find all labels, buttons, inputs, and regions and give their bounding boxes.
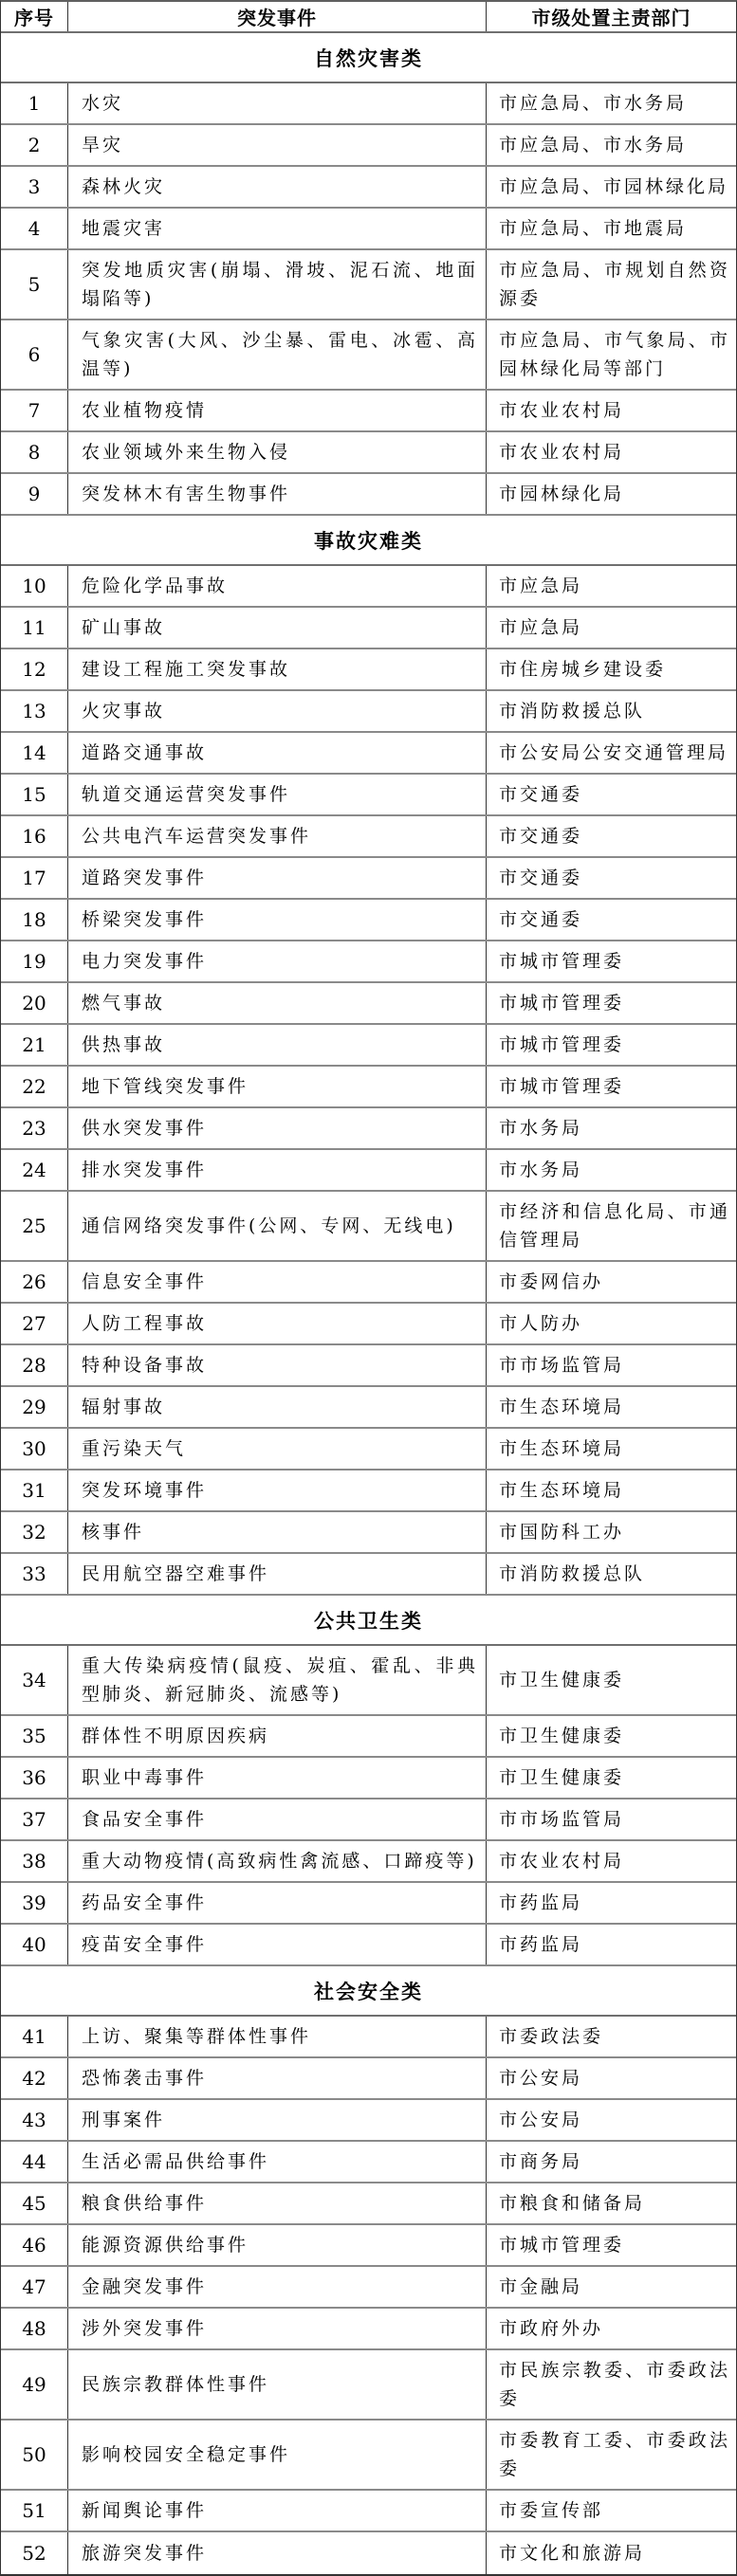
department-text: 市委政法委: [499, 2022, 730, 2051]
department-text: 市应急局: [499, 613, 730, 642]
department-cell: 市园林绿化局: [487, 474, 736, 514]
table-row: 28特种设备事故市市场监管局: [1, 1345, 736, 1387]
department-text: 市生态环境局: [499, 1434, 730, 1463]
row-number-cell: 50: [1, 2421, 68, 2489]
table-row: 16公共电汽车运营突发事件市交通委: [1, 816, 736, 858]
event-cell: 危险化学品事故: [68, 566, 487, 606]
department-cell: 市城市管理委: [487, 941, 736, 981]
department-cell: 市水务局: [487, 1108, 736, 1148]
department-cell: 市城市管理委: [487, 2225, 736, 2265]
department-cell: 市政府外办: [487, 2309, 736, 2348]
department-text: 市农业农村局: [499, 438, 730, 466]
department-text: 市公安局: [499, 2106, 730, 2134]
event-cell: 群体性不明原因疾病: [68, 1716, 487, 1756]
event-text: 重污染天气: [82, 1434, 478, 1463]
department-cell: 市农业农村局: [487, 1841, 736, 1881]
row-number-cell: 19: [1, 941, 68, 981]
department-cell: 市交通委: [487, 816, 736, 856]
event-cell: 道路交通事故: [68, 733, 487, 773]
table-row: 33民用航空器空难事件市消防救援总队: [1, 1554, 736, 1596]
table-row: 50影响校园安全稳定事件市委教育工委、市委政法委: [1, 2421, 736, 2491]
department-cell: 市消防救援总队: [487, 691, 736, 731]
table-row: 4地震灾害市应急局、市地震局: [1, 209, 736, 250]
row-number-cell: 39: [1, 1883, 68, 1923]
event-text: 突发林木有害生物事件: [82, 480, 478, 508]
event-cell: 供水突发事件: [68, 1108, 487, 1148]
event-cell: 森林火灾: [68, 167, 487, 207]
row-number-cell: 12: [1, 649, 68, 689]
department-text: 市消防救援总队: [499, 1560, 730, 1588]
department-text: 市国防科工办: [499, 1518, 730, 1546]
row-number-cell: 49: [1, 2350, 68, 2419]
table-row: 40疫苗安全事件市药监局: [1, 1925, 736, 1966]
event-cell: 刑事案件: [68, 2100, 487, 2140]
department-text: 市城市管理委: [499, 1072, 730, 1101]
row-number-cell: 22: [1, 1067, 68, 1106]
department-cell: 市市场监管局: [487, 1800, 736, 1839]
table-row: 39药品安全事件市药监局: [1, 1883, 736, 1925]
event-cell: 人防工程事故: [68, 1304, 487, 1343]
event-cell: 排水突发事件: [68, 1150, 487, 1190]
table-row: 49民族宗教群体性事件市民族宗教委、市委政法委: [1, 2350, 736, 2421]
row-number-cell: 25: [1, 1192, 68, 1260]
section-title: 事故灾难类: [314, 526, 423, 555]
department-cell: 市民族宗教委、市委政法委: [487, 2350, 736, 2419]
department-text: 市生态环境局: [499, 1476, 730, 1505]
department-text: 市委网信办: [499, 1268, 730, 1296]
event-text: 核事件: [82, 1518, 478, 1546]
department-text: 市委教育工委、市委政法委: [499, 2426, 730, 2483]
event-text: 旅游突发事件: [82, 2539, 478, 2567]
event-cell: 旱灾: [68, 125, 487, 165]
department-cell: 市公安局公安交通管理局: [487, 733, 736, 773]
row-number-cell: 4: [1, 209, 68, 248]
department-text: 市消防救援总队: [499, 697, 730, 725]
event-text: 粮食供给事件: [82, 2189, 478, 2218]
department-cell: 市公安局: [487, 2100, 736, 2140]
department-text: 市人防办: [499, 1309, 730, 1338]
department-cell: 市文化和旅游局: [487, 2532, 736, 2574]
department-cell: 市交通委: [487, 900, 736, 940]
table-row: 34重大传染病疫情(鼠疫、炭疽、霍乱、非典型肺炎、新冠肺炎、流感等)市卫生健康委: [1, 1646, 736, 1716]
table-row: 14道路交通事故市公安局公安交通管理局: [1, 733, 736, 775]
department-cell: 市城市管理委: [487, 1025, 736, 1065]
event-text: 能源资源供给事件: [82, 2231, 478, 2259]
department-text: 市交通委: [499, 905, 730, 934]
row-number-cell: 37: [1, 1800, 68, 1839]
department-cell: 市药监局: [487, 1883, 736, 1923]
event-text: 上访、聚集等群体性事件: [82, 2022, 478, 2051]
table-row: 36职业中毒事件市卫生健康委: [1, 1758, 736, 1800]
department-cell: 市城市管理委: [487, 1067, 736, 1106]
department-cell: 市人防办: [487, 1304, 736, 1343]
event-cell: 民用航空器空难事件: [68, 1554, 487, 1594]
table-row: 11矿山事故市应急局: [1, 608, 736, 649]
table-row: 6气象灾害(大风、沙尘暴、雷电、冰雹、高温等)市应急局、市气象局、市园林绿化局等…: [1, 320, 736, 391]
department-text: 市卫生健康委: [499, 1666, 730, 1694]
row-number-cell: 52: [1, 2532, 68, 2574]
row-number-cell: 31: [1, 1471, 68, 1510]
department-cell: 市农业农村局: [487, 432, 736, 472]
section-header-row: 自然灾害类: [1, 33, 736, 83]
table-row: 8农业领域外来生物入侵市农业农村局: [1, 432, 736, 474]
event-text: 道路交通事故: [82, 739, 478, 767]
department-text: 市粮食和储备局: [499, 2189, 730, 2218]
row-number-cell: 40: [1, 1925, 68, 1964]
department-cell: 市国防科工办: [487, 1512, 736, 1552]
table-row: 5突发地质灾害(崩塌、滑坡、泥石流、地面塌陷等)市应急局、市规划自然资源委: [1, 250, 736, 320]
department-text: 市卫生健康委: [499, 1763, 730, 1792]
section-title: 社会安全类: [314, 1977, 423, 2005]
row-number-cell: 6: [1, 320, 68, 389]
department-text: 市公安局公安交通管理局: [499, 739, 730, 767]
event-cell: 地下管线突发事件: [68, 1067, 487, 1106]
table-row: 38重大动物疫情(高致病性禽流感、口蹄疫等)市农业农村局: [1, 1841, 736, 1883]
table-row: 45粮食供给事件市粮食和储备局: [1, 2183, 736, 2225]
department-text: 市交通委: [499, 822, 730, 850]
row-number-cell: 24: [1, 1150, 68, 1190]
event-cell: 公共电汽车运营突发事件: [68, 816, 487, 856]
event-cell: 矿山事故: [68, 608, 487, 648]
table-row: 42恐怖袭击事件市公安局: [1, 2058, 736, 2100]
event-text: 人防工程事故: [82, 1309, 478, 1338]
department-cell: 市委教育工委、市委政法委: [487, 2421, 736, 2489]
event-cell: 突发环境事件: [68, 1471, 487, 1510]
event-text: 建设工程施工突发事故: [82, 655, 478, 684]
department-cell: 市应急局、市地震局: [487, 209, 736, 248]
department-text: 市卫生健康委: [499, 1722, 730, 1750]
event-text: 矿山事故: [82, 613, 478, 642]
department-cell: 市卫生健康委: [487, 1716, 736, 1756]
event-cell: 突发林木有害生物事件: [68, 474, 487, 514]
row-number-cell: 48: [1, 2309, 68, 2348]
event-text: 排水突发事件: [82, 1156, 478, 1184]
table-row: 47金融突发事件市金融局: [1, 2267, 736, 2309]
department-text: 市应急局、市水务局: [499, 89, 730, 118]
row-number-cell: 21: [1, 1025, 68, 1065]
row-number-cell: 38: [1, 1841, 68, 1881]
event-cell: 粮食供给事件: [68, 2183, 487, 2223]
event-text: 恐怖袭击事件: [82, 2064, 478, 2092]
table-row: 19电力突发事件市城市管理委: [1, 941, 736, 983]
event-cell: 气象灾害(大风、沙尘暴、雷电、冰雹、高温等): [68, 320, 487, 389]
department-cell: 市卫生健康委: [487, 1646, 736, 1714]
event-cell: 涉外突发事件: [68, 2309, 487, 2348]
event-text: 供热事故: [82, 1031, 478, 1059]
department-cell: 市交通委: [487, 858, 736, 898]
event-cell: 地震灾害: [68, 209, 487, 248]
row-number-cell: 46: [1, 2225, 68, 2265]
event-text: 农业领域外来生物入侵: [82, 438, 478, 466]
col-header-serial-number: 序号: [1, 2, 68, 31]
event-text: 民用航空器空难事件: [82, 1560, 478, 1588]
event-text: 旱灾: [82, 131, 478, 159]
department-text: 市农业农村局: [499, 1847, 730, 1875]
department-text: 市文化和旅游局: [499, 2539, 730, 2567]
department-cell: 市应急局: [487, 566, 736, 606]
department-text: 市公安局: [499, 2064, 730, 2092]
event-text: 道路突发事件: [82, 864, 478, 892]
department-text: 市市场监管局: [499, 1805, 730, 1834]
row-number-cell: 41: [1, 2017, 68, 2056]
department-text: 市城市管理委: [499, 947, 730, 976]
event-cell: 农业领域外来生物入侵: [68, 432, 487, 472]
event-text: 群体性不明原因疾病: [82, 1722, 478, 1750]
row-number-cell: 18: [1, 900, 68, 940]
department-cell: 市商务局: [487, 2142, 736, 2182]
event-text: 水灾: [82, 89, 478, 118]
department-text: 市政府外办: [499, 2314, 730, 2343]
table-row: 41上访、聚集等群体性事件市委政法委: [1, 2017, 736, 2058]
row-number-cell: 8: [1, 432, 68, 472]
section-header-row: 公共卫生类: [1, 1596, 736, 1646]
event-text: 影响校园安全稳定事件: [82, 2440, 478, 2469]
department-text: 市应急局: [499, 572, 730, 600]
event-text: 疫苗安全事件: [82, 1930, 478, 1959]
department-cell: 市城市管理委: [487, 983, 736, 1023]
event-cell: 职业中毒事件: [68, 1758, 487, 1798]
table-row: 17道路突发事件市交通委: [1, 858, 736, 900]
event-text: 涉外突发事件: [82, 2314, 478, 2343]
event-text: 桥梁突发事件: [82, 905, 478, 934]
table-row: 44生活必需品供给事件市商务局: [1, 2142, 736, 2183]
department-text: 市经济和信息化局、市通信管理局: [499, 1197, 730, 1254]
event-cell: 轨道交通运营突发事件: [68, 775, 487, 814]
department-cell: 市应急局、市气象局、市园林绿化局等部门: [487, 320, 736, 389]
event-cell: 信息安全事件: [68, 1262, 487, 1302]
event-cell: 能源资源供给事件: [68, 2225, 487, 2265]
event-cell: 桥梁突发事件: [68, 900, 487, 940]
department-cell: 市应急局、市规划自然资源委: [487, 250, 736, 319]
department-text: 市交通委: [499, 780, 730, 809]
table-header-row: 序号 突发事件 市级处置主责部门: [1, 2, 736, 33]
section-title: 公共卫生类: [314, 1606, 423, 1635]
department-text: 市交通委: [499, 864, 730, 892]
event-text: 森林火灾: [82, 173, 478, 201]
department-text: 市园林绿化局: [499, 480, 730, 508]
department-text: 市农业农村局: [499, 396, 730, 425]
row-number-cell: 51: [1, 2491, 68, 2530]
row-number-cell: 32: [1, 1512, 68, 1552]
event-cell: 核事件: [68, 1512, 487, 1552]
table-row: 31突发环境事件市生态环境局: [1, 1471, 736, 1512]
department-text: 市应急局、市气象局、市园林绿化局等部门: [499, 326, 730, 383]
department-cell: 市公安局: [487, 2058, 736, 2098]
department-text: 市水务局: [499, 1114, 730, 1142]
row-number-cell: 15: [1, 775, 68, 814]
event-text: 轨道交通运营突发事件: [82, 780, 478, 809]
table-row: 12建设工程施工突发事故市住房城乡建设委: [1, 649, 736, 691]
department-cell: 市委宣传部: [487, 2491, 736, 2530]
event-cell: 火灾事故: [68, 691, 487, 731]
event-text: 职业中毒事件: [82, 1763, 478, 1792]
table-row: 24排水突发事件市水务局: [1, 1150, 736, 1192]
table-row: 21供热事故市城市管理委: [1, 1025, 736, 1067]
department-text: 市药监局: [499, 1930, 730, 1959]
event-cell: 药品安全事件: [68, 1883, 487, 1923]
section-title: 自然灾害类: [314, 44, 423, 72]
row-number-cell: 5: [1, 250, 68, 319]
event-cell: 食品安全事件: [68, 1800, 487, 1839]
table-row: 29辐射事故市生态环境局: [1, 1387, 736, 1429]
row-number-cell: 43: [1, 2100, 68, 2140]
event-cell: 影响校园安全稳定事件: [68, 2421, 487, 2489]
event-cell: 通信网络突发事件(公网、专网、无线电): [68, 1192, 487, 1260]
row-number-cell: 14: [1, 733, 68, 773]
event-cell: 特种设备事故: [68, 1345, 487, 1385]
event-cell: 民族宗教群体性事件: [68, 2350, 487, 2419]
table-row: 35群体性不明原因疾病市卫生健康委: [1, 1716, 736, 1758]
event-text: 新闻舆论事件: [82, 2496, 478, 2525]
table-row: 18桥梁突发事件市交通委: [1, 900, 736, 941]
department-text: 市城市管理委: [499, 1031, 730, 1059]
table-row: 32核事件市国防科工办: [1, 1512, 736, 1554]
department-text: 市民族宗教委、市委政法委: [499, 2356, 730, 2413]
department-cell: 市生态环境局: [487, 1387, 736, 1427]
department-cell: 市生态环境局: [487, 1429, 736, 1469]
row-number-cell: 7: [1, 391, 68, 430]
table-row: 15轨道交通运营突发事件市交通委: [1, 775, 736, 816]
col-header-responsible-department: 市级处置主责部门: [487, 2, 736, 31]
department-cell: 市应急局: [487, 608, 736, 648]
event-text: 地下管线突发事件: [82, 1072, 478, 1101]
department-text: 市住房城乡建设委: [499, 655, 730, 684]
event-text: 公共电汽车运营突发事件: [82, 822, 478, 850]
department-text: 市应急局、市园林绿化局: [499, 173, 730, 201]
row-number-cell: 3: [1, 167, 68, 207]
row-number-cell: 36: [1, 1758, 68, 1798]
department-cell: 市生态环境局: [487, 1471, 736, 1510]
row-number-cell: 47: [1, 2267, 68, 2307]
event-cell: 重大传染病疫情(鼠疫、炭疽、霍乱、非典型肺炎、新冠肺炎、流感等): [68, 1646, 487, 1714]
event-text: 特种设备事故: [82, 1351, 478, 1379]
event-text: 生活必需品供给事件: [82, 2147, 478, 2176]
department-cell: 市粮食和储备局: [487, 2183, 736, 2223]
table-row: 48涉外突发事件市政府外办: [1, 2309, 736, 2350]
row-number-cell: 20: [1, 983, 68, 1023]
event-cell: 生活必需品供给事件: [68, 2142, 487, 2182]
table-row: 26信息安全事件市委网信办: [1, 1262, 736, 1304]
event-cell: 辐射事故: [68, 1387, 487, 1427]
department-text: 市水务局: [499, 1156, 730, 1184]
event-text: 供水突发事件: [82, 1114, 478, 1142]
table-row: 52旅游突发事件市文化和旅游局: [1, 2532, 736, 2574]
department-cell: 市住房城乡建设委: [487, 649, 736, 689]
event-cell: 新闻舆论事件: [68, 2491, 487, 2530]
row-number-cell: 35: [1, 1716, 68, 1756]
department-text: 市商务局: [499, 2147, 730, 2176]
department-text: 市应急局、市地震局: [499, 214, 730, 243]
event-text: 信息安全事件: [82, 1268, 478, 1296]
event-cell: 金融突发事件: [68, 2267, 487, 2307]
row-number-cell: 1: [1, 83, 68, 123]
row-number-cell: 42: [1, 2058, 68, 2098]
event-text: 气象灾害(大风、沙尘暴、雷电、冰雹、高温等): [82, 326, 478, 383]
event-cell: 农业植物疫情: [68, 391, 487, 430]
row-number-cell: 11: [1, 608, 68, 648]
department-cell: 市水务局: [487, 1150, 736, 1190]
section-header-row: 社会安全类: [1, 1966, 736, 2017]
event-cell: 燃气事故: [68, 983, 487, 1023]
event-text: 民族宗教群体性事件: [82, 2370, 478, 2399]
department-cell: 市应急局、市水务局: [487, 83, 736, 123]
table-row: 23供水突发事件市水务局: [1, 1108, 736, 1150]
department-cell: 市卫生健康委: [487, 1758, 736, 1798]
row-number-cell: 45: [1, 2183, 68, 2223]
table-row: 22地下管线突发事件市城市管理委: [1, 1067, 736, 1108]
department-text: 市应急局、市水务局: [499, 131, 730, 159]
department-text: 市药监局: [499, 1889, 730, 1917]
department-cell: 市金融局: [487, 2267, 736, 2307]
event-cell: 供热事故: [68, 1025, 487, 1065]
row-number-cell: 44: [1, 2142, 68, 2182]
event-cell: 重大动物疫情(高致病性禽流感、口蹄疫等): [68, 1841, 487, 1881]
section-header-row: 事故灾难类: [1, 516, 736, 566]
row-number-cell: 34: [1, 1646, 68, 1714]
department-cell: 市经济和信息化局、市通信管理局: [487, 1192, 736, 1260]
table-row: 9突发林木有害生物事件市园林绿化局: [1, 474, 736, 516]
event-text: 突发地质灾害(崩塌、滑坡、泥石流、地面塌陷等): [82, 256, 478, 313]
event-cell: 疫苗安全事件: [68, 1925, 487, 1964]
event-text: 重大动物疫情(高致病性禽流感、口蹄疫等): [82, 1847, 478, 1875]
table-row: 3森林火灾市应急局、市园林绿化局: [1, 167, 736, 209]
row-number-cell: 2: [1, 125, 68, 165]
row-number-cell: 17: [1, 858, 68, 898]
event-cell: 水灾: [68, 83, 487, 123]
department-text: 市城市管理委: [499, 2231, 730, 2259]
department-cell: 市消防救援总队: [487, 1554, 736, 1594]
row-number-cell: 29: [1, 1387, 68, 1427]
department-cell: 市应急局、市园林绿化局: [487, 167, 736, 207]
row-number-cell: 16: [1, 816, 68, 856]
table-row: 46能源资源供给事件市城市管理委: [1, 2225, 736, 2267]
department-cell: 市交通委: [487, 775, 736, 814]
event-cell: 突发地质灾害(崩塌、滑坡、泥石流、地面塌陷等): [68, 250, 487, 319]
event-cell: 旅游突发事件: [68, 2532, 487, 2574]
department-text: 市应急局、市规划自然资源委: [499, 256, 730, 313]
event-cell: 重污染天气: [68, 1429, 487, 1469]
table-row: 10危险化学品事故市应急局: [1, 566, 736, 608]
event-text: 刑事案件: [82, 2106, 478, 2134]
event-text: 辐射事故: [82, 1393, 478, 1421]
row-number-cell: 10: [1, 566, 68, 606]
table-row: 20燃气事故市城市管理委: [1, 983, 736, 1025]
emergency-events-table: 序号 突发事件 市级处置主责部门 自然灾害类1水灾市应急局、市水务局2旱灾市应急…: [0, 0, 737, 2576]
department-cell: 市农业农村局: [487, 391, 736, 430]
event-text: 地震灾害: [82, 214, 478, 243]
row-number-cell: 26: [1, 1262, 68, 1302]
department-cell: 市应急局、市水务局: [487, 125, 736, 165]
event-cell: 道路突发事件: [68, 858, 487, 898]
table-row: 2旱灾市应急局、市水务局: [1, 125, 736, 167]
event-text: 重大传染病疫情(鼠疫、炭疽、霍乱、非典型肺炎、新冠肺炎、流感等): [82, 1652, 478, 1708]
department-cell: 市药监局: [487, 1925, 736, 1964]
department-cell: 市委政法委: [487, 2017, 736, 2056]
event-text: 突发环境事件: [82, 1476, 478, 1505]
row-number-cell: 9: [1, 474, 68, 514]
table-row: 51新闻舆论事件市委宣传部: [1, 2491, 736, 2532]
table-row: 1水灾市应急局、市水务局: [1, 83, 736, 125]
table-row: 43刑事案件市公安局: [1, 2100, 736, 2142]
event-text: 农业植物疫情: [82, 396, 478, 425]
event-text: 燃气事故: [82, 989, 478, 1017]
department-text: 市城市管理委: [499, 989, 730, 1017]
event-text: 火灾事故: [82, 697, 478, 725]
event-text: 金融突发事件: [82, 2273, 478, 2301]
event-text: 食品安全事件: [82, 1805, 478, 1834]
department-text: 市委宣传部: [499, 2496, 730, 2525]
table-row: 30重污染天气市生态环境局: [1, 1429, 736, 1471]
